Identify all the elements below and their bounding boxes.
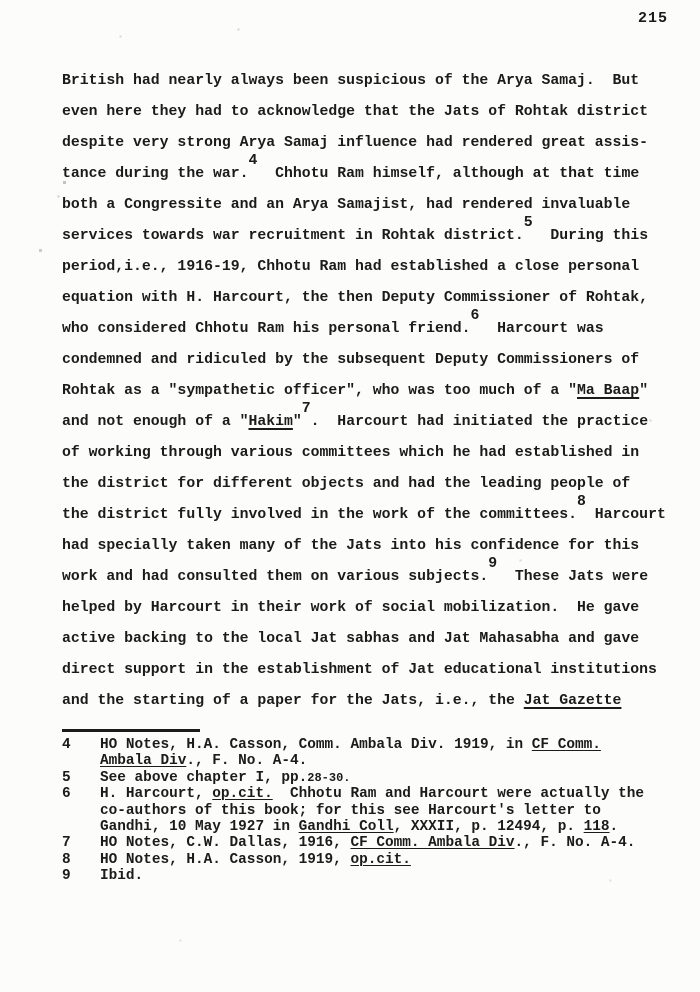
body-line: the district for different objects and h… <box>62 469 662 500</box>
body-line: tance during the war.4 Chhotu Ram himsel… <box>62 159 662 190</box>
footnote-item: 5See above chapter I, pp.28-30. <box>62 770 672 786</box>
footnote-number: 7 <box>62 835 100 851</box>
page-number: 215 <box>638 10 668 27</box>
footnote-item: 4HO Notes, H.A. Casson, Comm. Ambala Div… <box>62 737 672 770</box>
body-line: British had nearly always been suspiciou… <box>62 66 662 97</box>
footnote-line: Ibid. <box>100 868 143 884</box>
footnote-number: 6 <box>62 786 100 802</box>
footnote-number: 9 <box>62 868 100 884</box>
footnote-line: HO Notes, C.W. Dallas, 1916, CF Comm. Am… <box>100 835 635 851</box>
footnote-line: Gandhi, 10 May 1927 in Gandhi Coll, XXXI… <box>100 819 644 835</box>
body-line: and not enough of a "Hakim"7. Harcourt h… <box>62 407 662 438</box>
body-line: despite very strong Arya Samaj influence… <box>62 128 662 159</box>
footnote-separator <box>62 729 200 732</box>
footnote-item: 8HO Notes, H.A. Casson, 1919, op.cit. <box>62 852 672 868</box>
body-line: services towards war recruitment in Roht… <box>62 221 662 252</box>
body-line: active backing to the local Jat sabhas a… <box>62 624 662 655</box>
body-line: even here they had to acknowledge that t… <box>62 97 662 128</box>
body-line: work and had consulted them on various s… <box>62 562 662 593</box>
body-line: equation with H. Harcourt, the then Depu… <box>62 283 662 314</box>
footnote-marker: 7 <box>302 394 311 425</box>
body-line: condemned and ridiculed by the subsequen… <box>62 345 662 376</box>
footnote-item: 9Ibid. <box>62 868 672 884</box>
footnote-line: co-authors of this book; for this see Ha… <box>100 803 644 819</box>
body-line: and the starting of a paper for the Jats… <box>62 686 662 717</box>
document-page: 215 British had nearly always been suspi… <box>0 0 700 992</box>
footnote-text: Ibid. <box>100 868 143 884</box>
footnote-text: H. Harcourt, op.cit. Chhotu Ram and Harc… <box>100 786 644 835</box>
body-line: of working through various committees wh… <box>62 438 662 469</box>
footnote-line: H. Harcourt, op.cit. Chhotu Ram and Harc… <box>100 786 644 802</box>
footnote-marker: 6 <box>470 301 479 332</box>
footnote-number: 5 <box>62 770 100 786</box>
scan-speckles <box>0 0 1 1</box>
footnotes: 4HO Notes, H.A. Casson, Comm. Ambala Div… <box>62 737 672 885</box>
body-line: Rohtak as a "sympathetic officer", who w… <box>62 376 662 407</box>
footnote-text: HO Notes, H.A. Casson, 1919, op.cit. <box>100 852 411 868</box>
footnote-text: See above chapter I, pp.28-30. <box>100 770 350 786</box>
body-line: both a Congressite and an Arya Samajist,… <box>62 190 662 221</box>
footnote-line: HO Notes, H.A. Casson, Comm. Ambala Div.… <box>100 737 601 753</box>
footnote-marker: 4 <box>248 146 257 177</box>
footnote-line: Ambala Div., F. No. A-4. <box>100 753 601 769</box>
footnote-marker: 8 <box>577 487 586 518</box>
body-text: British had nearly always been suspiciou… <box>62 66 662 717</box>
footnote-number: 4 <box>62 737 100 753</box>
footnote-marker: 9 <box>488 549 497 580</box>
footnote-item: 7HO Notes, C.W. Dallas, 1916, CF Comm. A… <box>62 835 672 851</box>
footnote-marker: 5 <box>524 208 533 239</box>
body-line: had specially taken many of the Jats int… <box>62 531 662 562</box>
footnote-text: HO Notes, H.A. Casson, Comm. Ambala Div.… <box>100 737 601 770</box>
footnote-line: HO Notes, H.A. Casson, 1919, op.cit. <box>100 852 411 868</box>
body-line: direct support in the establishment of J… <box>62 655 662 686</box>
body-line: the district fully involved in the work … <box>62 500 662 531</box>
footnote-number: 8 <box>62 852 100 868</box>
footnote-item: 6H. Harcourt, op.cit. Chhotu Ram and Har… <box>62 786 672 835</box>
footnote-text: HO Notes, C.W. Dallas, 1916, CF Comm. Am… <box>100 835 635 851</box>
body-line: helped by Harcourt in their work of soci… <box>62 593 662 624</box>
footnote-line: See above chapter I, pp.28-30. <box>100 770 350 786</box>
body-line: who considered Chhotu Ram his personal f… <box>62 314 662 345</box>
body-line: period,i.e., 1916-19, Chhotu Ram had est… <box>62 252 662 283</box>
